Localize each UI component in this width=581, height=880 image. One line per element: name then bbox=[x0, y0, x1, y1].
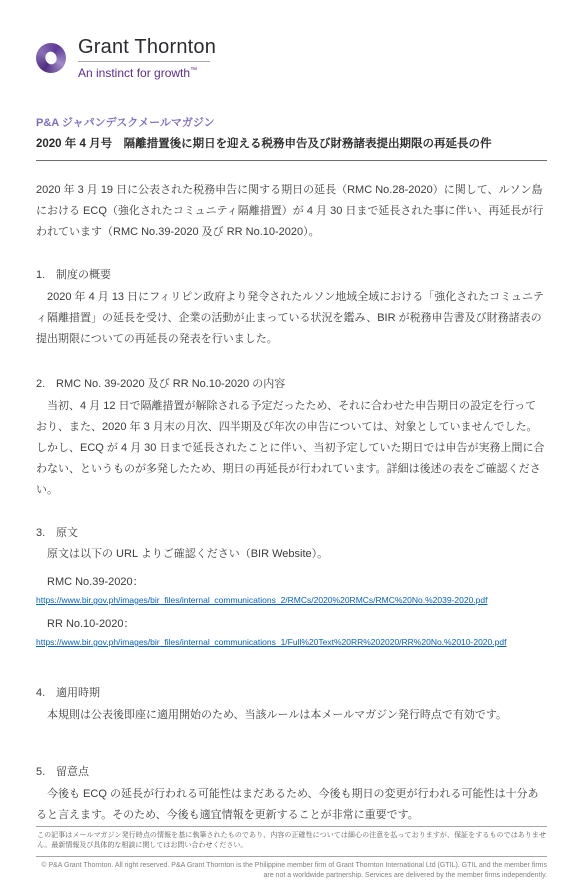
orb-core-shape bbox=[43, 50, 59, 66]
section-heading-text: RMC No. 39-2020 及び RR No.10-2020 の内容 bbox=[56, 378, 285, 390]
section-number: 2. bbox=[36, 374, 56, 395]
link-rr-container: https://www.bir.gov.ph/images/bir_files/… bbox=[36, 636, 547, 649]
section-overview: 1.制度の概要 2020 年 4 月 13 日にフィリピン政府より発令されたルソ… bbox=[36, 265, 547, 350]
section-heading: 5.留意点 bbox=[36, 762, 547, 783]
page-title: 2020 年 4 月号 隔離措置後に期日を迎える税務申告及び財務諸表提出期限の再… bbox=[36, 137, 547, 152]
copyright-text: © P&A Grant Thornton. All right reserved… bbox=[36, 856, 547, 880]
intro-paragraph: 2020 年 3 月 19 日に公表された税務申告に関する期日の延長（RMC N… bbox=[36, 180, 547, 243]
newsletter-name: P&A ジャパンデスクメールマガジン bbox=[36, 116, 547, 130]
section-heading-text: 留意点 bbox=[56, 766, 89, 778]
link-rmc-container: https://www.bir.gov.ph/images/bir_files/… bbox=[36, 594, 547, 607]
link-label-rmc: RMC No.39-2020： bbox=[36, 572, 547, 593]
section-heading: 1.制度の概要 bbox=[36, 265, 547, 286]
brand-tagline: An instinct for growth™ bbox=[78, 64, 216, 80]
disclaimer-text: この記事はメールマガジン発行時点の情報を基に執筆されたものであり、内容の正確性に… bbox=[36, 826, 547, 856]
link-label-rr: RR No.10-2020： bbox=[36, 614, 547, 635]
document-page: Grant Thornton An instinct for growth™ P… bbox=[0, 0, 581, 826]
section-body: 本規則は公表後即座に適用開始のため、当該ルールは本メールマガジン発行時点で有効で… bbox=[36, 705, 547, 726]
brand-name: Grant Thornton bbox=[78, 36, 216, 58]
section-number: 4. bbox=[36, 683, 56, 704]
grant-thornton-orb-icon bbox=[36, 43, 66, 73]
section-heading-text: 制度の概要 bbox=[56, 269, 111, 281]
footer: この記事はメールマガジン発行時点の情報を基に執筆されたものであり、内容の正確性に… bbox=[36, 826, 547, 880]
section-heading-text: 適用時期 bbox=[56, 687, 100, 699]
section-application-period: 4.適用時期 本規則は公表後即座に適用開始のため、当該ルールは本メールマガジン発… bbox=[36, 683, 547, 726]
section-notes: 5.留意点 今後も ECQ の延長が行われる可能性はまだあるため、今後も期日の変… bbox=[36, 762, 547, 826]
brand-block: Grant Thornton An instinct for growth™ bbox=[78, 36, 216, 80]
trademark-symbol: ™ bbox=[190, 67, 197, 74]
section-number: 3. bbox=[36, 523, 56, 544]
section-body: 2020 年 4 月 13 日にフィリピン政府より発令されたルソン地域全域におけ… bbox=[36, 287, 547, 350]
section-number: 5. bbox=[36, 762, 56, 783]
section-source-text: 3.原文 原文は以下の URL よりご確認ください（BIR Website）。 … bbox=[36, 523, 547, 649]
section-lead: 原文は以下の URL よりご確認ください（BIR Website）。 bbox=[36, 544, 547, 565]
section-body: 当初、4 月 12 日で隔離措置が解除される予定だったため、それに合わせた申告期… bbox=[36, 396, 547, 501]
section-number: 1. bbox=[36, 265, 56, 286]
section-heading-text: 原文 bbox=[56, 527, 78, 539]
section-rmc-contents: 2.RMC No. 39-2020 及び RR No.10-2020 の内容 当… bbox=[36, 374, 547, 501]
section-heading: 2.RMC No. 39-2020 及び RR No.10-2020 の内容 bbox=[36, 374, 547, 395]
section-body: 今後も ECQ の延長が行われる可能性はまだあるため、今後も期日の変更が行われる… bbox=[36, 784, 547, 826]
logo: Grant Thornton An instinct for growth™ bbox=[36, 36, 547, 80]
title-divider bbox=[36, 160, 547, 161]
brand-rule bbox=[78, 61, 210, 62]
tagline-text: An instinct for growth bbox=[78, 66, 190, 80]
link-rmc-39-2020[interactable]: https://www.bir.gov.ph/images/bir_files/… bbox=[36, 595, 488, 605]
section-heading: 4.適用時期 bbox=[36, 683, 547, 704]
link-rr-10-2020[interactable]: https://www.bir.gov.ph/images/bir_files/… bbox=[36, 637, 506, 647]
section-heading: 3.原文 bbox=[36, 523, 547, 544]
